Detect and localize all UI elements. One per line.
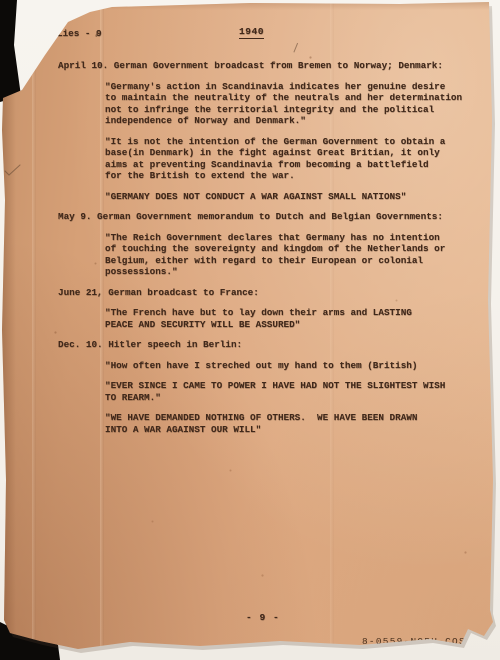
page-number: - 9 - <box>246 612 280 623</box>
paper-crease <box>32 0 36 660</box>
entry-april-10: April 10. German Government broadcast fr… <box>58 60 472 202</box>
pencil-slash-mark <box>293 43 304 55</box>
quote-paragraph: "Germany's action in Scandinavia indicat… <box>105 81 472 127</box>
entry-june-21: June 21, German broadcast to France: "Th… <box>58 287 472 331</box>
scanned-document-page: Lies - 9 1940 April 10. German Governmen… <box>0 0 500 660</box>
quote-paragraph: "EVER SINCE I CAME TO POWER I HAVE HAD N… <box>105 380 472 403</box>
entry-heading: June 21, German broadcast to France: <box>58 287 472 299</box>
pencil-dot-mark <box>52 34 54 36</box>
page-header-year: 1940 <box>239 26 264 39</box>
paper-sheet: Lies - 9 1940 April 10. German Governmen… <box>0 0 500 660</box>
quote-paragraph: "How often have I streched out my hand t… <box>105 360 472 372</box>
entry-heading: May 9. German Government memorandum to D… <box>58 211 472 223</box>
entry-heading: April 10. German Government broadcast fr… <box>58 60 472 72</box>
quote-paragraph: "WE HAVE DEMANDED NOTHING OF OTHERS. WE … <box>105 412 472 435</box>
entry-dec-10: Dec. 10. Hitler speech in Berlin: "How o… <box>58 339 472 435</box>
entry-heading: Dec. 10. Hitler speech in Berlin: <box>58 339 472 351</box>
document-body: April 10. German Government broadcast fr… <box>58 60 472 444</box>
pencil-check-mark <box>4 163 22 177</box>
quote-paragraph: "The French have but to lay down their a… <box>105 307 472 330</box>
quote-paragraph: "It is not the intention of the German G… <box>105 136 472 182</box>
quote-paragraph: "The Reich Government declares that Germ… <box>105 232 472 278</box>
paper-top-edge-shading <box>60 0 496 10</box>
quote-paragraph: "GERMANY DOES NOT CONDUCT A WAR AGAINST … <box>105 191 472 203</box>
entry-may-9: May 9. German Government memorandum to D… <box>58 211 472 278</box>
